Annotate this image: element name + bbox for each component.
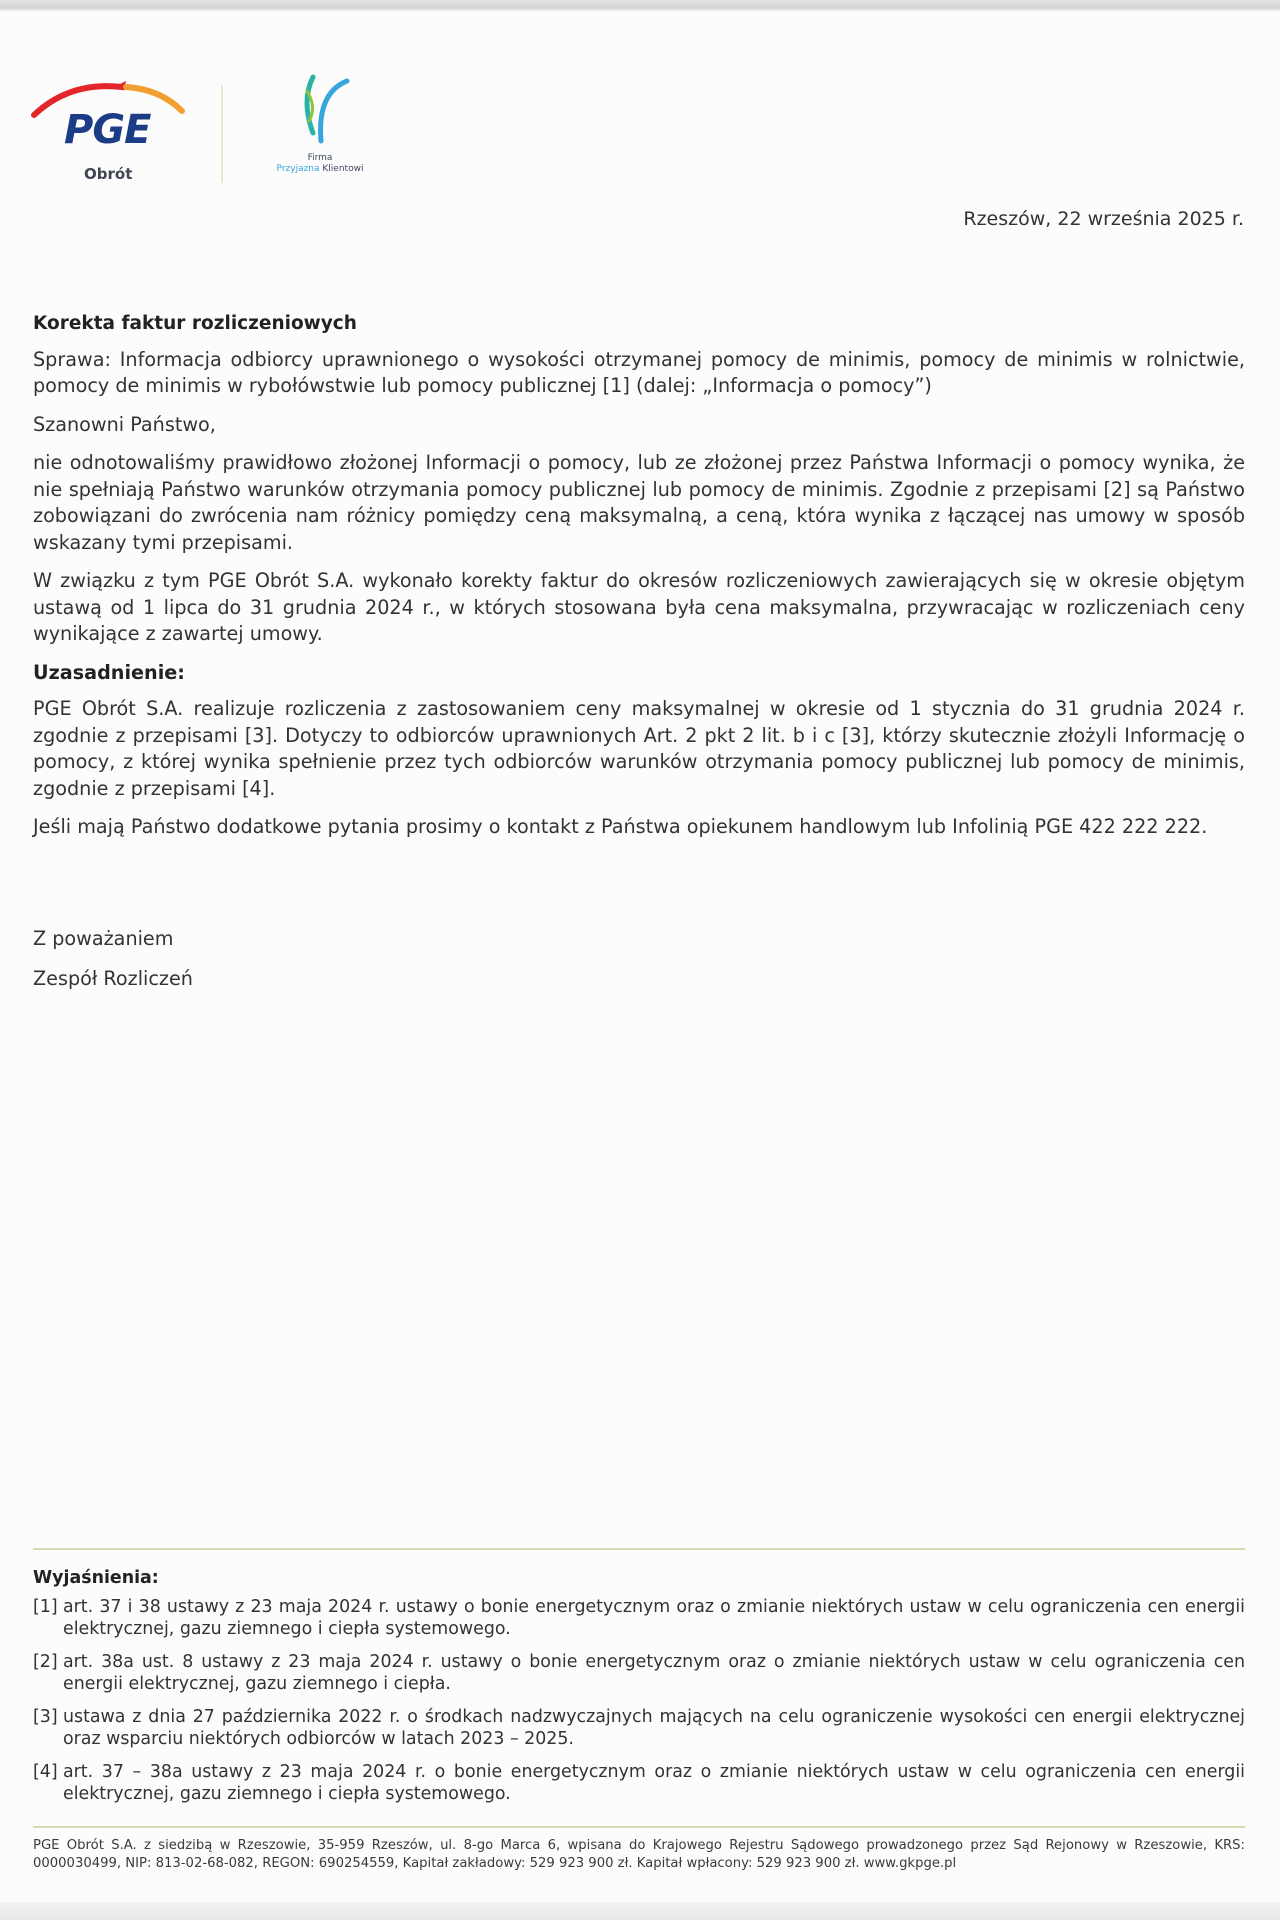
footnotes: Wyjaśnienia: [1] art. 37 i 38 ustawy z 2… <box>33 1567 1245 1816</box>
top-edge-shadow <box>0 0 1280 11</box>
bottom-edge <box>0 1902 1280 1920</box>
letter-page: PGE Obrót Firma Przyjazna Klientowi Rzes… <box>0 11 1280 1902</box>
paragraph-2: W związku z tym PGE Obrót S.A. wykonało … <box>33 568 1245 648</box>
salutation: Szanowni Państwo, <box>33 412 1245 439</box>
swoosh-icon <box>255 71 385 151</box>
pge-subtitle: Obrót <box>84 165 132 183</box>
pge-obrot-logo: PGE Obrót <box>30 71 190 191</box>
logo-divider <box>221 85 223 183</box>
footnote-item: [2] art. 38a ust. 8 ustawy z 23 maja 202… <box>33 1651 1245 1696</box>
footnote-item: [1] art. 37 i 38 ustawy z 23 maja 2024 r… <box>33 1596 1245 1641</box>
badge-text: Firma Przyjazna Klientowi <box>255 153 385 175</box>
company-footer: PGE Obrót S.A. z siedzibą w Rzeszowie, 3… <box>33 1837 1245 1873</box>
notes-divider <box>33 1548 1245 1550</box>
pge-wordmark: PGE <box>64 107 150 153</box>
footnote-item: [4] art. 37 – 38a ustawy z 23 maja 2024 … <box>33 1761 1245 1806</box>
paragraph-3: PGE Obrót S.A. realizuje rozliczenia z z… <box>33 696 1245 802</box>
paragraph-1: nie odnotowaliśmy prawidłowo złożonej In… <box>33 450 1245 556</box>
footer-divider <box>33 1826 1245 1828</box>
footnotes-title: Wyjaśnienia: <box>33 1567 1245 1590</box>
signature: Zespół Rozliczeń <box>33 959 193 999</box>
letter-title: Korekta faktur rozliczeniowych <box>33 311 1245 338</box>
letter-closing: Z poważaniem Zespół Rozliczeń <box>33 919 193 999</box>
subject-line: Sprawa: Informacja odbiorcy uprawnionego… <box>33 347 1245 400</box>
paragraph-4: Jeśli mają Państwo dodatkowe pytania pro… <box>33 814 1245 841</box>
footnote-item: [3] ustawa z dnia 27 października 2022 r… <box>33 1706 1245 1751</box>
firma-przyjazna-klientowi-logo: Firma Przyjazna Klientowi <box>255 71 385 191</box>
letter-date: Rzeszów, 22 września 2025 r. <box>963 208 1244 230</box>
closing-phrase: Z poważaniem <box>33 919 193 959</box>
justification-heading: Uzasadnienie: <box>33 660 1245 687</box>
letter-body: Korekta faktur rozliczeniowych Sprawa: I… <box>33 311 1245 853</box>
